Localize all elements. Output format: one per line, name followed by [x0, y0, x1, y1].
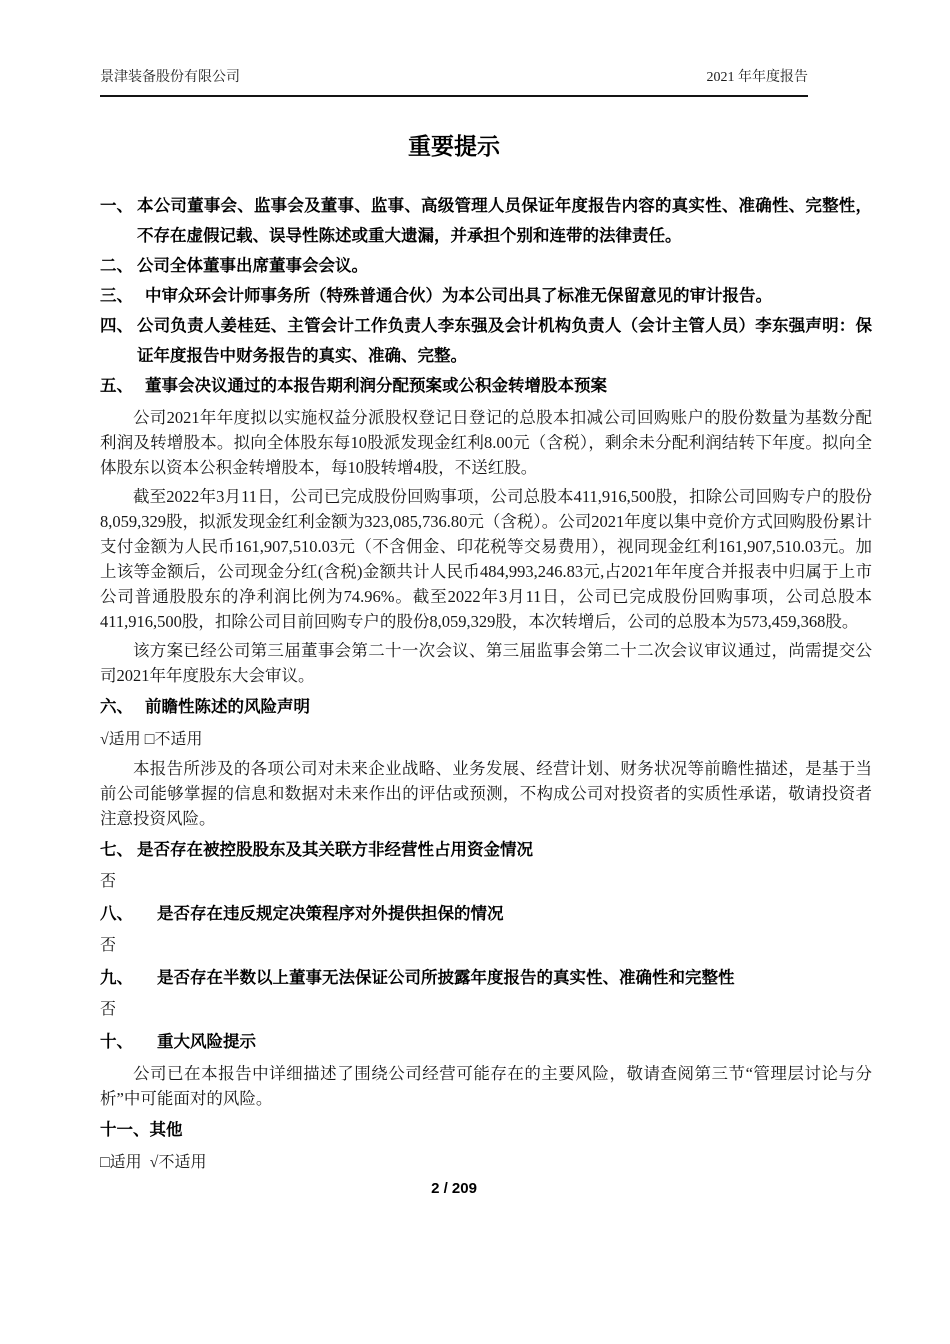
paragraph-profit-plan: 公司2021年年度拟以实施权益分派股权登记日登记的总股本扣减公司回购账户的股份数… [100, 405, 872, 480]
section-heading-text: 中审众环会计师事务所（特殊普通合伙）为本公司出具了标准无保留意见的审计报告。 [145, 281, 872, 311]
section-number: 十、 [100, 1027, 157, 1057]
section-item-8: 八、 是否存在违反规定决策程序对外提供担保的情况 [100, 899, 872, 929]
section-number: 十一、 [100, 1115, 150, 1145]
answer-no-3: 否 [100, 998, 872, 1022]
section-heading-text: 重大风险提示 [157, 1027, 872, 1057]
section-item-2: 二、 公司全体董事出席董事会会议。 [100, 251, 872, 281]
answer-no-2: 否 [100, 934, 872, 958]
section-heading-text: 是否存在被控股股东及其关联方非经营性占用资金情况 [137, 835, 872, 865]
report-page: 景津装备股份有限公司 2021 年年度报告 重要提示 一、 本公司董事会、监事会… [0, 0, 950, 1344]
answer-no-1: 否 [100, 870, 872, 894]
section-item-1: 一、 本公司董事会、监事会及董事、监事、高级管理人员保证年度报告内容的真实性、准… [100, 191, 872, 251]
paragraph-major-risk: 公司已在本报告中详细描述了围绕公司经营可能存在的主要风险，敬请查阅第三节“管理层… [100, 1061, 872, 1111]
applicable-checkline-2: □适用 √不适用 [100, 1151, 872, 1175]
section-number: 五、 [100, 371, 145, 401]
section-number: 四、 [100, 311, 137, 341]
section-item-11: 十一、 其他 [100, 1115, 872, 1145]
paragraph-approval: 该方案已经公司第三届董事会第二十一次会议、第三届监事会第二十二次会议审议通过，尚… [100, 638, 872, 688]
section-heading-text: 是否存在违反规定决策程序对外提供担保的情况 [157, 899, 872, 929]
section-heading-text: 公司全体董事出席董事会会议。 [137, 251, 872, 281]
section-heading-text: 是否存在半数以上董事无法保证公司所披露年度报告的真实性、准确性和完整性 [157, 963, 872, 993]
section-number: 一、 [100, 191, 137, 221]
section-number: 二、 [100, 251, 137, 281]
section-number: 三、 [100, 281, 145, 311]
section-number: 六、 [100, 692, 145, 722]
paragraph-forward-looking: 本报告所涉及的各项公司对未来企业战略、业务发展、经营计划、财务状况等前瞻性描述，… [100, 756, 872, 831]
page-header: 景津装备股份有限公司 2021 年年度报告 [100, 68, 808, 88]
section-heading-text: 本公司董事会、监事会及董事、监事、高级管理人员保证年度报告内容的真实性、准确性、… [137, 191, 872, 251]
section-item-10: 十、 重大风险提示 [100, 1027, 872, 1057]
section-heading-text: 董事会决议通过的本报告期利润分配预案或公积金转增股本预案 [145, 371, 872, 401]
section-number: 八、 [100, 899, 157, 929]
section-item-9: 九、 是否存在半数以上董事无法保证公司所披露年度报告的真实性、准确性和完整性 [100, 963, 872, 993]
header-report-title: 2021 年年度报告 [707, 68, 809, 88]
page-number: 2 / 209 [100, 1179, 808, 1199]
paragraph-buyback-detail: 截至2022年3月11日，公司已完成股份回购事项，公司总股本411,916,50… [100, 484, 872, 634]
page-title: 重要提示 [100, 131, 808, 161]
section-item-4: 四、 公司负责人姜桂廷、主管会计工作负责人李东强及会计机构负责人（会计主管人员）… [100, 311, 872, 371]
section-number: 七、 [100, 835, 137, 865]
section-heading-text: 前瞻性陈述的风险声明 [145, 692, 872, 722]
section-heading-text: 其他 [150, 1115, 873, 1145]
header-company-name: 景津装备股份有限公司 [100, 68, 240, 88]
header-rule [100, 95, 808, 97]
section-item-7: 七、 是否存在被控股股东及其关联方非经营性占用资金情况 [100, 835, 872, 865]
applicable-checkline: √适用 □不适用 [100, 728, 872, 752]
section-item-6: 六、 前瞻性陈述的风险声明 [100, 692, 872, 722]
section-number: 九、 [100, 963, 157, 993]
document-body: 一、 本公司董事会、监事会及董事、监事、高级管理人员保证年度报告内容的真实性、准… [100, 191, 872, 1175]
section-heading-text: 公司负责人姜桂廷、主管会计工作负责人李东强及会计机构负责人（会计主管人员）李东强… [137, 311, 872, 371]
section-item-3: 三、 中审众环会计师事务所（特殊普通合伙）为本公司出具了标准无保留意见的审计报告… [100, 281, 872, 311]
section-item-5: 五、 董事会决议通过的本报告期利润分配预案或公积金转增股本预案 [100, 371, 872, 401]
